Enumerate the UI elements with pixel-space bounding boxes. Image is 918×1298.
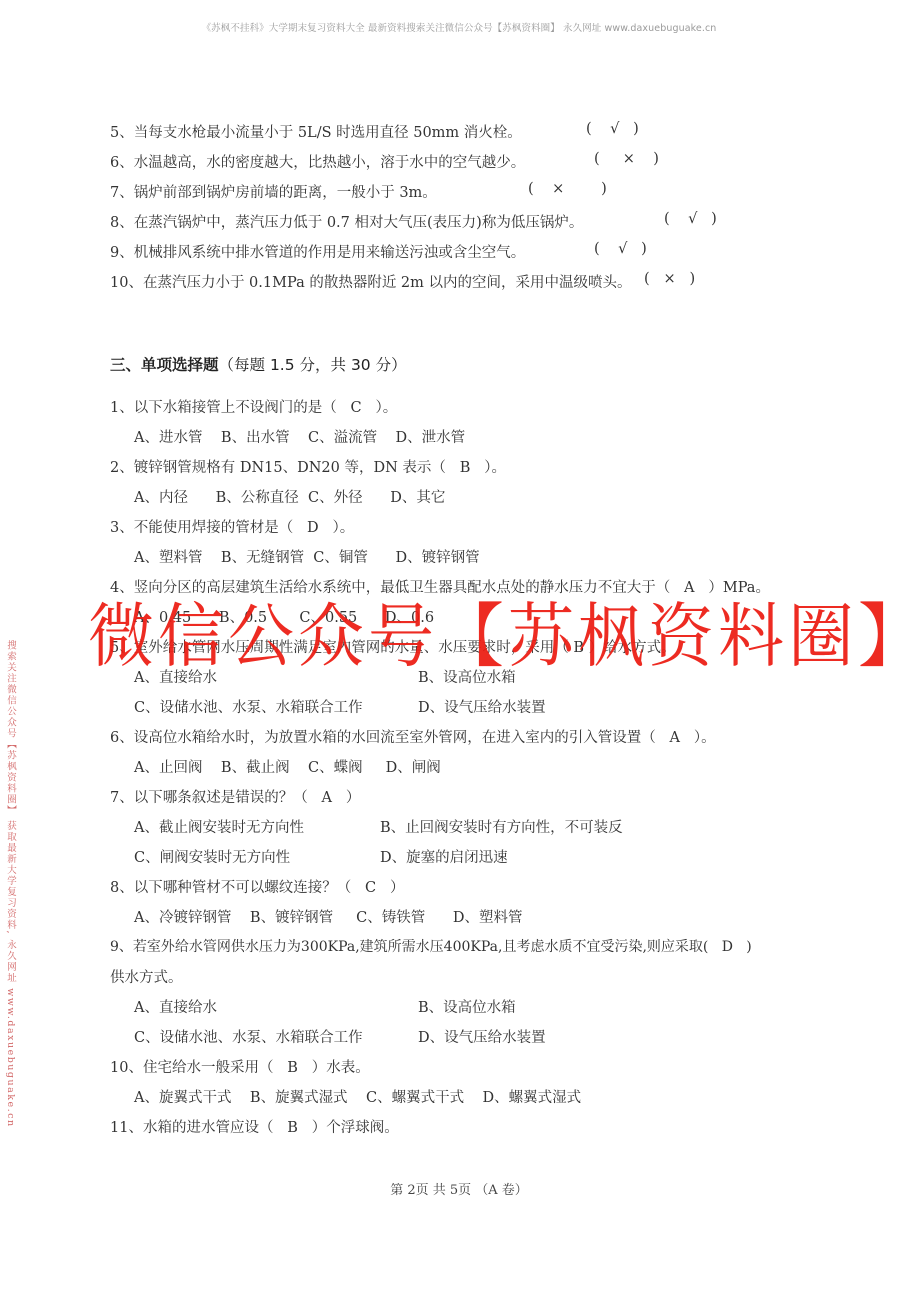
question-9-option-c: C、设储水池、水泵、水箱联合工作 (134, 1026, 363, 1047)
question-7-option-a: A、截止阀安装时无方向性 (134, 816, 304, 837)
tf-answer: ( × ) (528, 181, 607, 197)
tf-item-9: 9、机械排风系统中排水管道的作用是用来输送污浊或含尘空气。( √ ) (110, 241, 525, 262)
question-11: 11、水箱的进水管应设（ B ）个浮球阀。 (110, 1116, 399, 1137)
question-9-option-b: B、设高位水箱 (418, 996, 516, 1017)
question-7: 7、以下哪条叙述是错误的？（ A ） (110, 786, 360, 807)
tf-text: 6、水温越高，水的密度越大，比热越小，溶于水中的空气越少。 (110, 155, 525, 171)
question-8-options: A、冷镀锌钢管 B、镀锌钢管 C、铸铁管 D、塑料管 (134, 906, 522, 927)
header-note: 《苏枫不挂科》大学期末复习资料大全 最新资料搜索关注微信公众号【苏枫资料圈】 永… (0, 20, 918, 34)
question-9: 9、若室外给水管网供水压力为300KPa,建筑所需水压400KPa,且考虑水质不… (110, 936, 752, 956)
section-title-note: （每题 1.5 分，共 30 分） (219, 356, 407, 374)
tf-answer: ( × ) (594, 151, 659, 167)
tf-item-7: 7、锅炉前部到锅炉房前墙的距离，一般小于 3m。( × ) (110, 181, 437, 202)
tf-text: 9、机械排风系统中排水管道的作用是用来输送污浊或含尘空气。 (110, 245, 525, 261)
question-8: 8、以下哪种管材不可以螺纹连接？（ C ） (110, 876, 404, 897)
page-footer: 第 2页 共 5页 （A 卷） (0, 1179, 918, 1198)
tf-answer: ( √ ) (594, 241, 647, 257)
question-3-options: A、塑料管 B、无缝钢管 C、铜管 D、镀锌钢管 (134, 546, 480, 567)
question-2-options: A、内径 B、公称直径 C、外径 D、其它 (134, 486, 445, 507)
question-1: 1、以下水箱接管上不设阀门的是（ C ）。 (110, 396, 397, 417)
question-7-option-d: D、旋塞的启闭迅速 (380, 846, 508, 867)
tf-answer: ( √ ) (664, 211, 717, 227)
watermark-text: 微信公众号【苏枫资料圈】 (88, 595, 918, 679)
tf-item-6: 6、水温越高，水的密度越大，比热越小，溶于水中的空气越少。( × ) (110, 151, 525, 172)
question-5-option-d: D、设气压给水装置 (418, 696, 546, 717)
tf-item-8: 8、在蒸汽锅炉中，蒸汽压力低于 0.7 相对大气压(表压力)称为低压锅炉。( √… (110, 211, 583, 232)
tf-item-5: 5、当每支水枪最小流量小于 5L/S 时选用直径 50mm 消火栓。( √ ) (110, 121, 522, 142)
question-3: 3、不能使用焊接的管材是（ D ）。 (110, 516, 354, 537)
question-7-option-b: B、止回阀安装时有方向性，不可装反 (380, 816, 623, 837)
question-9-option-d: D、设气压给水装置 (418, 1026, 546, 1047)
question-2: 2、镀锌钢管规格有 DN15、DN20 等，DN 表示（ B ）。 (110, 456, 506, 477)
question-6: 6、设高位水箱给水时，为放置水箱的水回流至室外管网，在进入室内的引入管设置（ A… (110, 726, 716, 747)
question-7-option-c: C、闸阀安装时无方向性 (134, 846, 290, 867)
section-title-bold: 三、单项选择题 (110, 356, 219, 374)
question-4: 4、竖向分区的高层建筑生活给水系统中，最低卫生器具配水点处的静水压力不宜大于（ … (110, 576, 770, 597)
question-5-option-c: C、设储水池、水泵、水箱联合工作 (134, 696, 363, 717)
tf-answer: ( × ) (644, 271, 695, 287)
question-9-option-a: A、直接给水 (134, 996, 217, 1017)
tf-text: 5、当每支水枪最小流量小于 5L/S 时选用直径 50mm 消火栓。 (110, 125, 522, 141)
section-title: 三、单项选择题（每题 1.5 分，共 30 分） (110, 353, 407, 375)
question-10: 10、住宅给水一般采用（ B ）水表。 (110, 1056, 370, 1077)
question-10-options: A、旋翼式干式 B、旋翼式湿式 C、螺翼式干式 D、螺翼式湿式 (134, 1086, 581, 1107)
tf-item-10: 10、在蒸汽压力小于 0.1MPa 的散热器附近 2m 以内的空间，采用中温级喷… (110, 271, 632, 292)
question-9-cont: 供水方式。 (110, 966, 183, 987)
tf-text: 7、锅炉前部到锅炉房前墙的距离，一般小于 3m。 (110, 185, 437, 201)
question-1-options: A、进水管 B、出水管 C、溢流管 D、泄水管 (134, 426, 465, 447)
question-6-options: A、止回阀 B、截止阀 C、蝶阀 D、闸阀 (134, 756, 441, 777)
tf-answer: ( √ ) (586, 121, 639, 137)
tf-text: 10、在蒸汽压力小于 0.1MPa 的散热器附近 2m 以内的空间，采用中温级喷… (110, 275, 632, 291)
side-note: 搜索关注微信公众号【苏枫资料圈】 获取最新大学复习资料, 永久网址 www.da… (2, 640, 18, 1128)
tf-text: 8、在蒸汽锅炉中，蒸汽压力低于 0.7 相对大气压(表压力)称为低压锅炉。 (110, 215, 583, 231)
